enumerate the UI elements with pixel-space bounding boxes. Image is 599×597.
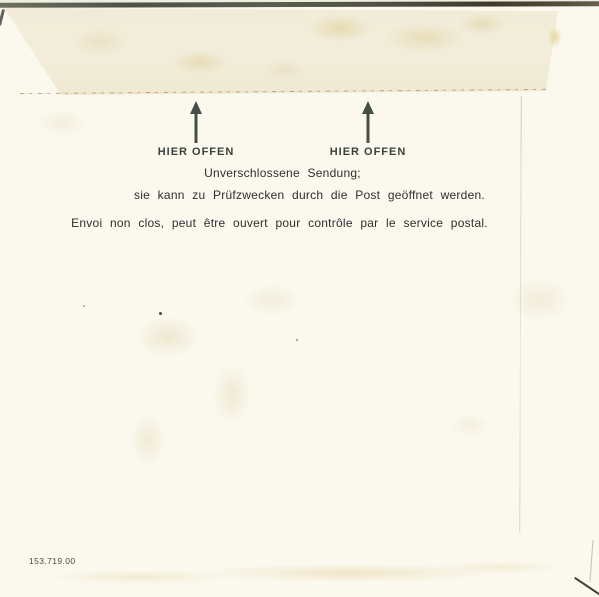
- corner-mark: [0, 9, 5, 26]
- ink-speck: [296, 339, 298, 341]
- hier-offen-label: HIER OFFEN: [158, 146, 235, 158]
- envelope-flap: [0, 0, 599, 100]
- arrow-shaft: [195, 111, 198, 143]
- notice-french: Envoi non clos, peut être ouvert pour co…: [0, 216, 579, 230]
- notice-german-line2: sie kann zu Prüfzwecken durch die Post g…: [10, 188, 599, 202]
- up-arrow-icon: [361, 101, 375, 143]
- right-edge-line: [590, 540, 594, 582]
- notice-german-line1: Unverschlossene Sendung;: [0, 166, 582, 180]
- form-number: 153.719.00: [29, 556, 76, 566]
- up-arrow-icon: [189, 101, 203, 143]
- ink-speck: [159, 312, 162, 315]
- bottom-right-crease: [574, 577, 599, 595]
- envelope-top-edge-shadow: [0, 1, 599, 8]
- stain: [548, 26, 562, 48]
- hier-offen-label: HIER OFFEN: [330, 146, 407, 158]
- arrow-shaft: [367, 111, 370, 143]
- envelope-back-scan: HIER OFFEN HIER OFFEN Unverschlossene Se…: [0, 0, 599, 597]
- inner-panel-edge-line: [519, 96, 522, 532]
- ink-speck: [83, 305, 85, 307]
